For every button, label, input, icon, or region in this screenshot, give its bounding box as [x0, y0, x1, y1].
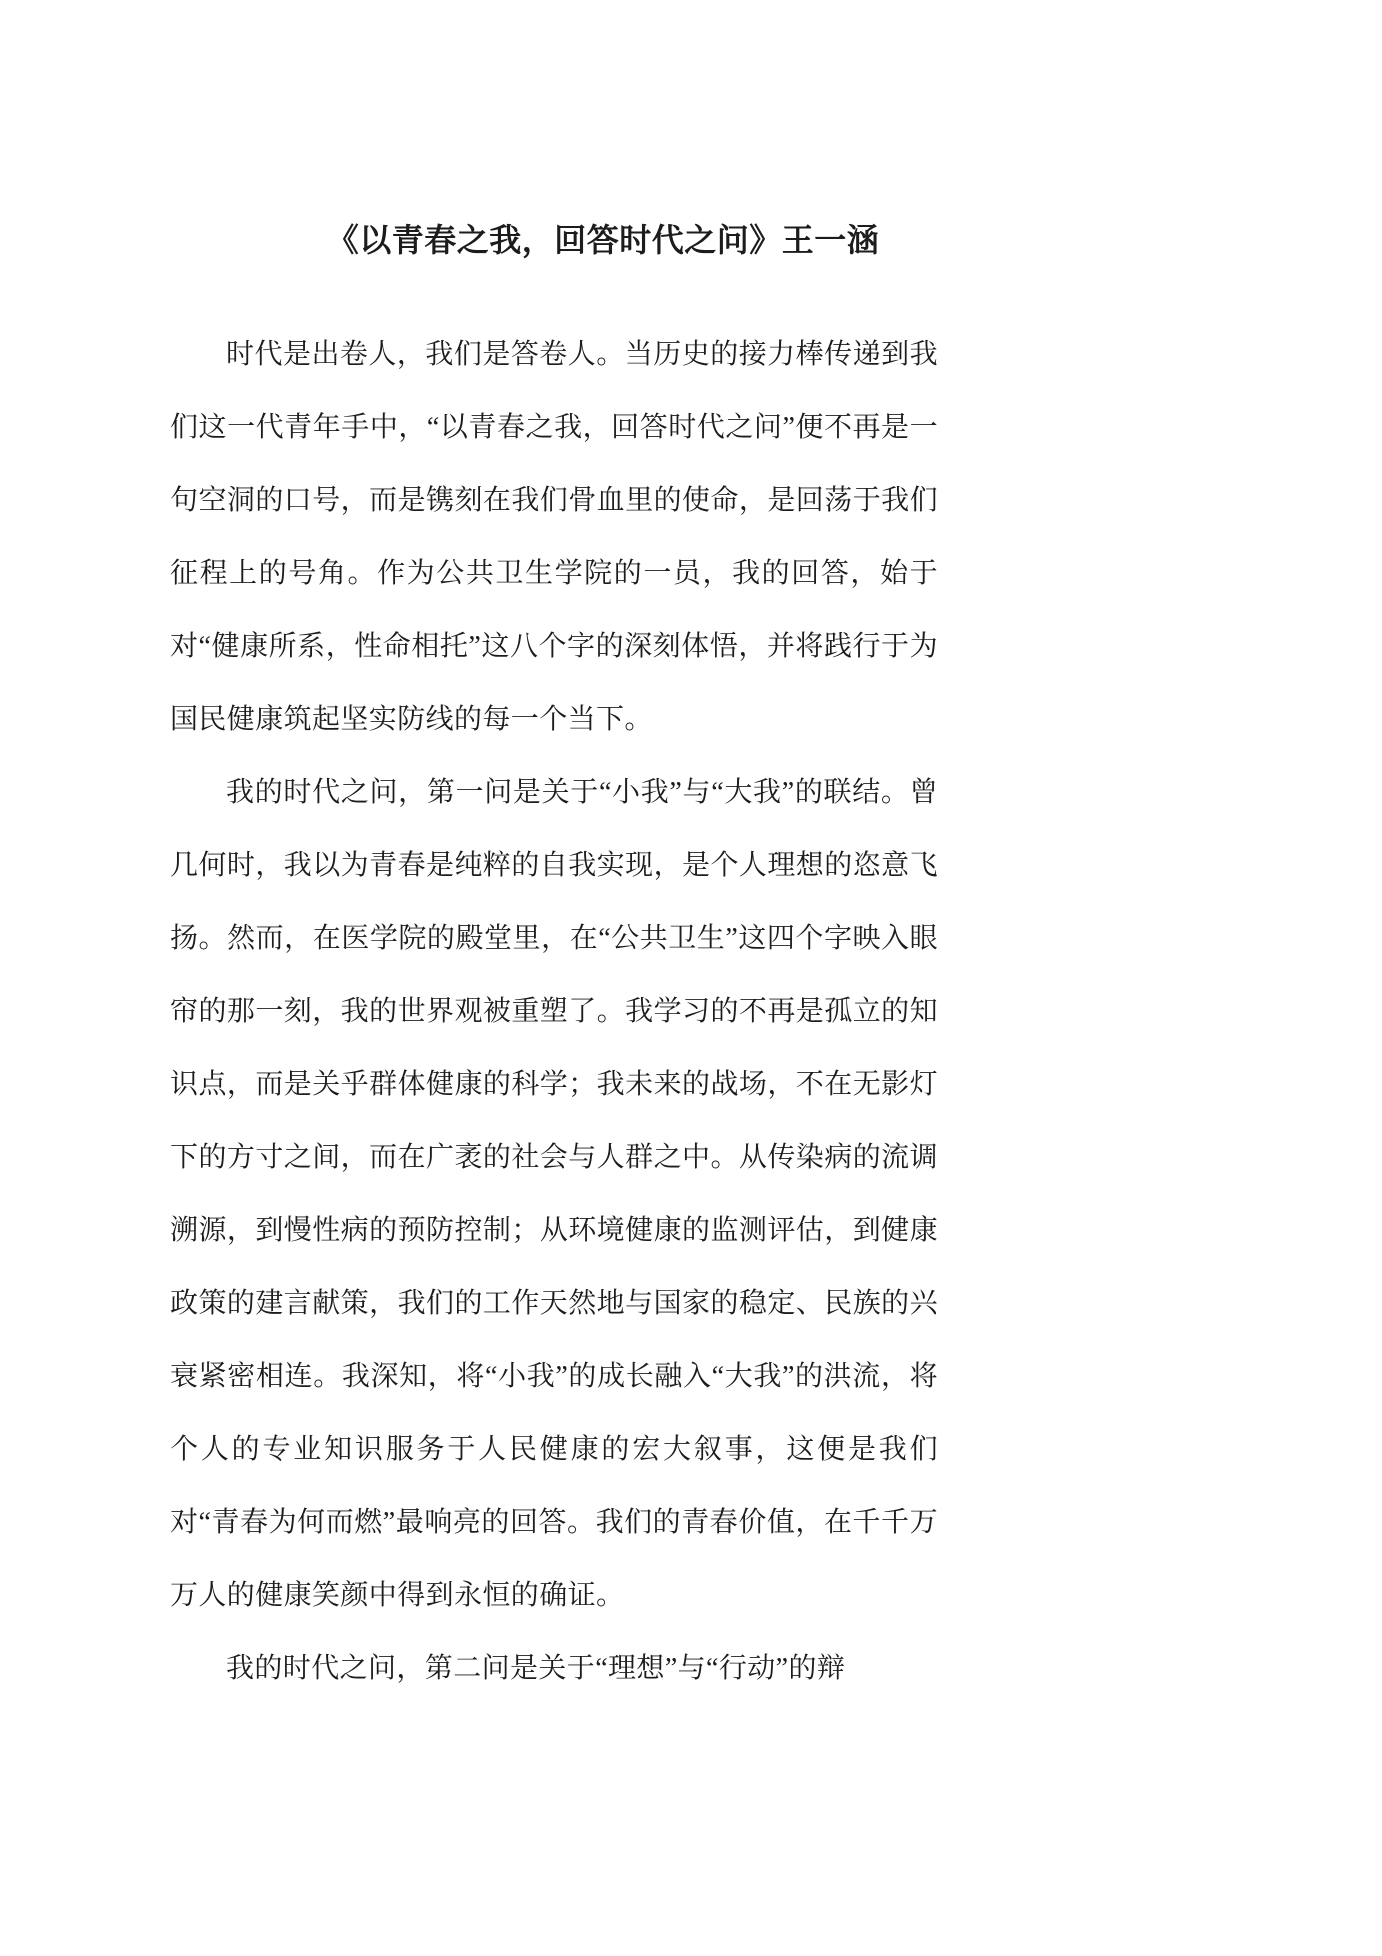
document-title: 《以青春之我，回答时代之问》王一涵	[219, 212, 987, 268]
document-body: 时代是出卷人，我们是答卷人。当历史的接力棒传递到我们这一代青年手中，“以青春之我…	[170, 318, 938, 1705]
paragraph: 我的时代之问，第二问是关于“理想”与“行动”的辩	[170, 1632, 938, 1705]
paragraph: 时代是出卷人，我们是答卷人。当历史的接力棒传递到我们这一代青年手中，“以青春之我…	[170, 318, 938, 756]
document-content: 《以青春之我，回答时代之问》王一涵 时代是出卷人，我们是答卷人。当历史的接力棒传…	[170, 0, 938, 1705]
paragraph: 我的时代之问，第一问是关于“小我”与“大我”的联结。曾几何时，我以为青春是纯粹的…	[170, 756, 938, 1632]
document-page: 《以青春之我，回答时代之问》王一涵 时代是出卷人，我们是答卷人。当历史的接力棒传…	[0, 0, 1382, 1956]
